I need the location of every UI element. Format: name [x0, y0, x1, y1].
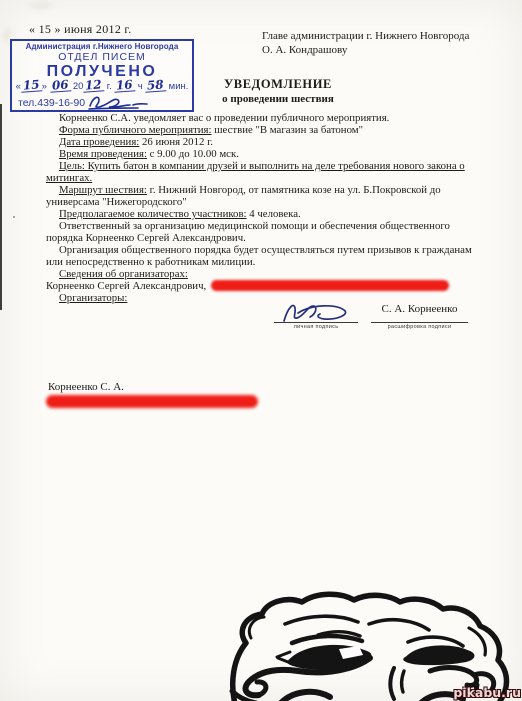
- stamp-year-suffix: г.: [107, 81, 112, 92]
- paragraph-label: Организаторы:: [59, 292, 127, 304]
- scanned-document-page: « 15 » июня 2012 г. Администрация г.Нижн…: [0, 0, 522, 701]
- personal-signature-block: личная подпись: [274, 297, 358, 330]
- body-paragraph: Ответственный за организацию медицинской…: [46, 220, 480, 244]
- paragraph-text: Ответственный за организацию медицинской…: [46, 220, 450, 244]
- stamp-organization: Администрация г.Нижнего Новгорода: [12, 42, 192, 51]
- stamp-handwritten-month: 06: [49, 79, 70, 92]
- body-paragraph: Предполагаемое количество участников: 4 …: [46, 208, 480, 220]
- received-stamp: Администрация г.Нижнего Новгорода ОТДЕЛ …: [10, 39, 194, 112]
- scan-noise-dot: [13, 216, 15, 218]
- notice-title-block: УВЕДОМЛЕНИЕ о проведении шествия: [180, 77, 376, 105]
- paragraph-label: Время проведения:: [59, 148, 147, 160]
- paragraph-text: 26 июня 2012 г.: [139, 136, 213, 148]
- stamp-quote-close: »: [42, 81, 47, 92]
- scan-smudge: [28, 3, 54, 8]
- stamp-handwritten-day: 15: [20, 79, 41, 92]
- redaction-bar: [211, 280, 449, 291]
- scan-edge-line: [0, 104, 2, 310]
- body-paragraph: Дата проведения: 26 июня 2012 г.: [46, 136, 480, 148]
- stamp-phone: тел.439-16-90: [18, 97, 85, 109]
- stamp-hour-label: ч: [138, 81, 143, 92]
- addressee-line2: О. А. Кондрашову: [262, 43, 482, 57]
- stamp-handwritten-minute: 58: [145, 79, 166, 92]
- body-paragraph: Цель: Купить батон в компании друзей и в…: [46, 160, 480, 184]
- paragraph-text: 4 человека.: [247, 208, 301, 220]
- body-paragraph: Форма публичного мероприятия: шествие "В…: [46, 124, 480, 136]
- signature-name: С. А. Корнеенко: [371, 303, 468, 323]
- stamp-department: ОТДЕЛ ПИСЕМ: [12, 51, 192, 63]
- notice-subtitle: о проведении шествия: [180, 93, 376, 105]
- body-paragraph: Сведения об организаторах:: [46, 268, 480, 280]
- stamp-phone-row: тел.439-16-90: [12, 94, 192, 111]
- stamp-handwritten-hour: 16: [114, 79, 135, 92]
- body-paragraph: Маршрут шествия: г. Нижний Новгород, от …: [46, 184, 480, 208]
- body-paragraph: Организация общественного порядка будет …: [46, 244, 480, 268]
- stamp-signature-scribble: [88, 94, 150, 111]
- body-paragraph-organizer: Корнеенко Сергей Александрович,: [46, 280, 480, 292]
- signature-name-caption: расшифровка подписи: [371, 324, 468, 330]
- paragraph-label: Форма публичного мероприятия:: [59, 124, 212, 136]
- stamp-date-row: «15» 06 2012 г. 16 ч 58 мин.: [12, 80, 192, 94]
- site-watermark: pikabu.ru: [453, 685, 521, 700]
- document-body: Корнеенко С.А. уведомляет вас о проведен…: [46, 112, 480, 304]
- paragraph-text: Корнеенко Сергей Александрович,: [46, 280, 206, 292]
- signature-line: [274, 297, 358, 323]
- body-paragraph: Время проведения: с 9.00 до 10.00 мск.: [46, 148, 480, 160]
- paragraph-text: с 9.00 до 10.00 мск.: [147, 148, 239, 160]
- handwritten-signature-scribble: [280, 299, 350, 325]
- paragraph-label: Дата проведения:: [59, 136, 139, 148]
- notice-title: УВЕДОМЛЕНИЕ: [180, 77, 376, 92]
- paragraph-label: Предполагаемое количество участников:: [59, 208, 247, 220]
- sender-name: Корнеенко С. А.: [48, 381, 124, 393]
- paragraph-label: Маршрут шествия:: [59, 184, 147, 196]
- signature-name-block: С. А. Корнеенко расшифровка подписи: [371, 303, 468, 330]
- stamp-handwritten-year: 12: [83, 79, 104, 92]
- paragraph-text: Корнеенко С.А. уведомляет вас о проведен…: [59, 112, 389, 124]
- paragraph-text: шествие "В магазин за батоном": [212, 124, 364, 136]
- paragraph-label: Цель: Купить батон в компании друзей и в…: [46, 160, 465, 184]
- document-date: « 15 » июня 2012 г.: [29, 22, 132, 37]
- redaction-bar: [46, 395, 258, 408]
- paragraph-label: Сведения об организаторах:: [59, 268, 188, 280]
- paragraph-text: Организация общественного порядка будет …: [46, 244, 472, 268]
- addressee-block: Главе администрации г. Нижнего Новгорода…: [262, 29, 482, 57]
- addressee-line1: Главе администрации г. Нижнего Новгорода: [262, 29, 482, 43]
- body-paragraph: Корнеенко С.А. уведомляет вас о проведен…: [46, 112, 480, 124]
